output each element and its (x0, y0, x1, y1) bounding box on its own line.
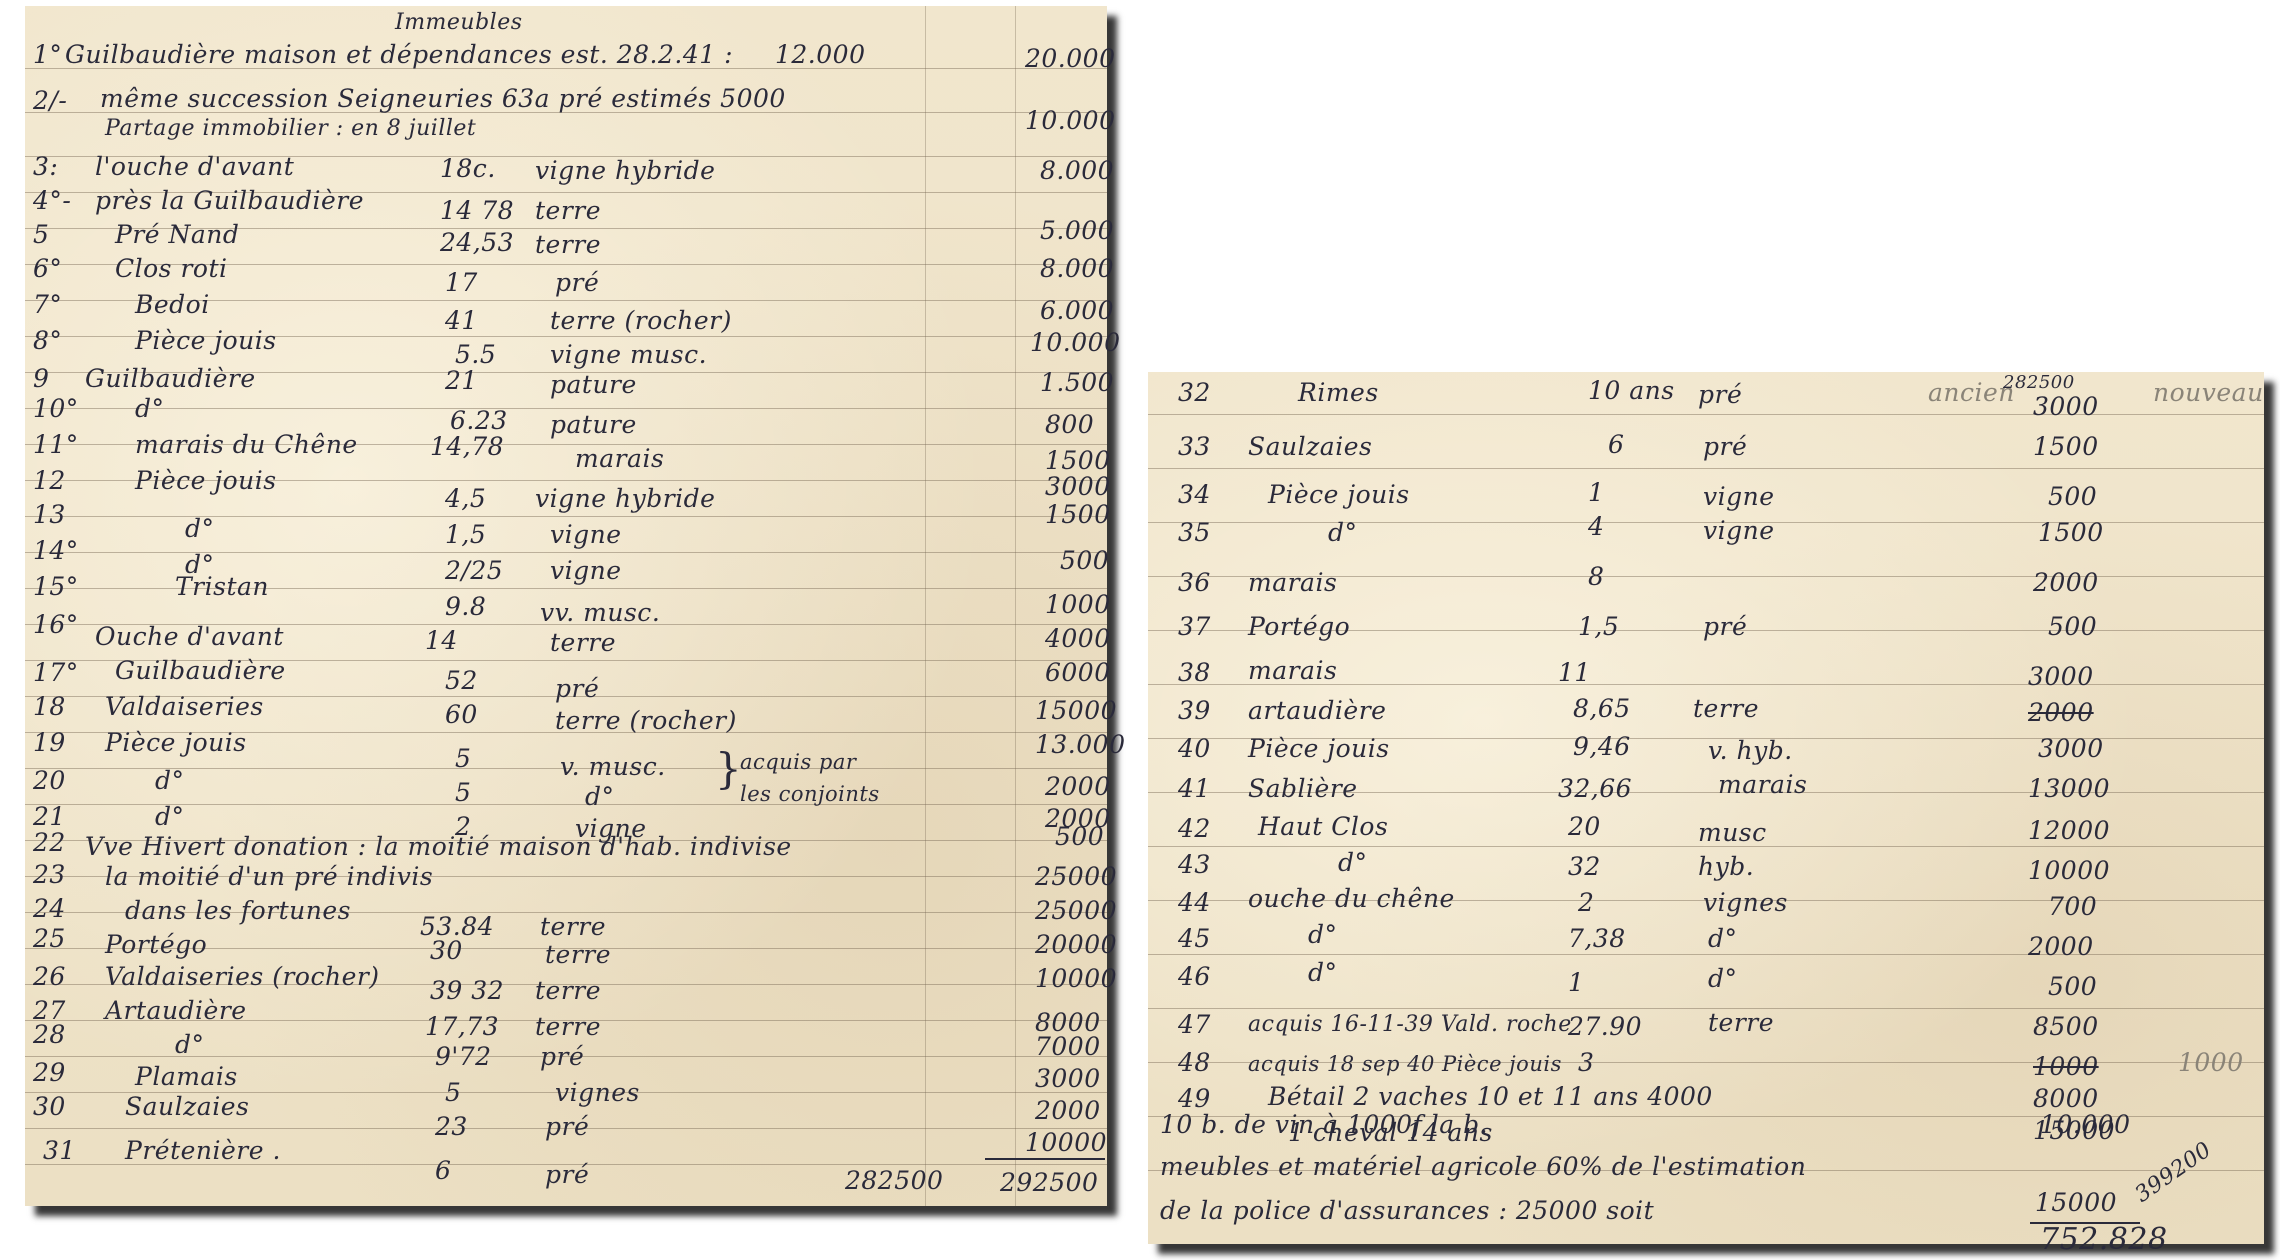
entry-amount: 10000 (1035, 964, 1117, 993)
entry-kind: vv. musc. (540, 598, 660, 627)
entry-amount: 13000 (2028, 774, 2110, 803)
ruled-line (1148, 1008, 2264, 1009)
subtotal: 282500 (845, 1166, 943, 1195)
entry-area: 2/25 (445, 556, 503, 585)
entry-area: 1 (1568, 968, 1584, 997)
entry-kind: musc (1698, 818, 1767, 847)
entry-number: 4°- (33, 186, 71, 215)
entry-name: d° (1338, 848, 1368, 877)
entry-area: 24,53 (440, 228, 514, 257)
entry-number: 32 (1178, 378, 1211, 407)
entry-name: Portégo (105, 930, 207, 959)
entry-number: 22 (33, 828, 66, 857)
entry-number: 36 (1178, 568, 1211, 597)
entry-kind: terre (545, 940, 611, 969)
entry-name: Pièce jouis (105, 728, 247, 757)
entry-name: artaudière (1248, 696, 1386, 725)
entry-name: Vve Hivert donation : la moitié maison d… (85, 832, 792, 861)
entry-number: 34 (1178, 480, 1211, 509)
ledger-page-left: Immeubles 1° Guilbaudière maison et dépe… (25, 6, 1107, 1206)
entry-number: 18 (33, 692, 66, 721)
entry-kind: pré (545, 1160, 589, 1189)
entry-area: 11 (1558, 658, 1591, 687)
entry-name: 10 b. de vin à 1000f la b. (1160, 1110, 1488, 1139)
entry-amount: 500 (2048, 972, 2097, 1001)
column-rule (925, 6, 926, 1206)
entry-amount: 20000 (1035, 930, 1117, 959)
entry-area: 4 (1588, 512, 1604, 541)
entry-name: Pièce jouis (1248, 734, 1390, 763)
entry-number: 49 (1178, 1084, 1211, 1113)
entry-number: 15° (33, 572, 79, 601)
entry-amount: 1500 (1045, 446, 1111, 475)
entry-name: Sablière (1248, 774, 1358, 803)
entry-area: 14 (425, 626, 458, 655)
entry-amount: 3000 (1035, 1064, 1101, 1093)
entry-kind: v. musc. (560, 752, 666, 781)
entry-kind: terre (1693, 694, 1759, 723)
entry-amount: 500 (1055, 822, 1104, 851)
entry-number: 13 (33, 500, 66, 529)
entry-kind: vignes (1703, 888, 1788, 917)
entry-name: d° (155, 766, 185, 795)
entry-area: 9.8 (445, 592, 486, 621)
entry-number: 46 (1178, 962, 1211, 991)
entry-amount: 3000 (2033, 392, 2099, 421)
entry-kind: vignes (555, 1078, 640, 1107)
entry-amount: 6.000 (1040, 296, 1114, 325)
entry-kind: pré (555, 674, 599, 703)
entry-amount: 10.000 (1025, 106, 1115, 135)
entry-kind: pré (1703, 612, 1747, 641)
entry-name: d° (155, 802, 185, 831)
entry-number: 33 (1178, 432, 1211, 461)
entry-kind: pature (550, 370, 637, 399)
entry-name: d° (1328, 518, 1358, 547)
entry-kind: d° (1708, 964, 1738, 993)
entry-name: d° (1308, 958, 1338, 987)
header-old-value: 282500 (2003, 372, 2075, 393)
entry-name: près la Guilbaudière (95, 186, 364, 215)
entry-name: Bedoi (135, 290, 210, 319)
brace-note: acquis par (740, 750, 856, 774)
entry-name: la moitié d'un pré indivis (105, 862, 433, 891)
entry-amount: 3000 (2038, 734, 2104, 763)
entry-number: 43 (1178, 850, 1211, 879)
entry-area: 41 (445, 306, 478, 335)
entry-area: 6.23 (450, 406, 508, 435)
entry-amount: 2000 (2028, 698, 2094, 727)
entry-number: 29 (33, 1058, 66, 1087)
entry-area: 1 (1588, 478, 1604, 507)
entry-number: 19 (33, 728, 66, 757)
entry-area: 39 32 (430, 976, 504, 1005)
entry-kind: terre (535, 1012, 601, 1041)
entry-number: 44 (1178, 888, 1211, 917)
entry-amount: 700 (2048, 892, 2097, 921)
entry-number: 6° (33, 254, 62, 283)
entry-amount: 1500 (1045, 500, 1111, 529)
entry-amount: 1500 (2038, 518, 2104, 547)
ruled-line (25, 408, 1107, 409)
entry-kind: terre (535, 976, 601, 1005)
entry-amount: 5.000 (1040, 216, 1114, 245)
entry-name: marais (1248, 568, 1337, 597)
entry-area: 14 78 (440, 196, 514, 225)
entry-name: d° (135, 394, 165, 423)
entry-kind: terre (535, 196, 601, 225)
page-heading: Immeubles (395, 10, 523, 35)
entry-name: Clos roti (115, 254, 228, 283)
entry-name: Artaudière (105, 996, 247, 1025)
entry-area: 18c. (440, 154, 496, 183)
entry-amount: 3000 (1045, 472, 1111, 501)
entry-amount: 2000 (2033, 568, 2099, 597)
entry-name: Partage immobilier : en 8 juillet (105, 116, 476, 141)
entry-name: dans les fortunes (125, 896, 351, 925)
entry-kind: vigne hybride (535, 156, 715, 185)
entry-amount: 10.000 (2040, 1110, 2130, 1139)
entry-number: 16° (33, 610, 79, 639)
entry-amount: 6000 (1045, 658, 1111, 687)
entry-name: Bétail 2 vaches 10 et 11 ans 4000 (1268, 1082, 1713, 1111)
entry-kind: vigne (550, 520, 622, 549)
entry-area: 23 (435, 1112, 468, 1141)
entry-number: 8° (33, 326, 62, 355)
entry-amount: 8000 (2033, 1084, 2099, 1113)
entry-name: Valdaiseries (rocher) (105, 962, 380, 991)
entry-number: 25 (33, 924, 66, 953)
entry-kind: vigne (1703, 516, 1775, 545)
entry-name: Pièce jouis (135, 326, 277, 355)
entry-area: 7,38 (1568, 924, 1626, 953)
entry-extra: 12.000 (775, 40, 865, 69)
entry-amount: 13.000 (1035, 730, 1125, 759)
ruled-line (1148, 468, 2264, 469)
entry-number: 42 (1178, 814, 1211, 843)
entry-kind: terre (rocher) (550, 306, 732, 335)
entry-area: 8 (1588, 562, 1604, 591)
entry-number: 45 (1178, 924, 1211, 953)
entry-number: 3: (33, 152, 58, 181)
entry-number: 47 (1178, 1010, 1211, 1039)
entry-area: 1,5 (1578, 612, 1619, 641)
entry-number: 5 (33, 220, 49, 249)
brace-note: les conjoints (740, 782, 880, 806)
entry-name: acquis 18 sep 40 Pièce jouis (1248, 1052, 1562, 1076)
entry-area: 21 (445, 366, 478, 395)
entry-name: de la police d'assurances : 25000 soit (1160, 1196, 1654, 1225)
entry-number: 12 (33, 466, 66, 495)
entry-area: 5.5 (455, 340, 496, 369)
entry-amount: 7000 (1035, 1032, 1101, 1061)
entry-name: d° (175, 1030, 205, 1059)
entry-area: 30 (430, 936, 463, 965)
entry-area: 60 (445, 700, 478, 729)
entry-amount: 800 (1045, 410, 1094, 439)
entry-amount: 10000 (2028, 856, 2110, 885)
entry-number: 28 (33, 1020, 66, 1049)
entry-name: Portégo (1248, 612, 1350, 641)
entry-number: 35 (1178, 518, 1211, 547)
entry-number: 14° (33, 536, 79, 565)
sum-underline (985, 1158, 1105, 1160)
entry-name: Guilbaudière (85, 364, 256, 393)
entry-number: 2/- (33, 86, 67, 115)
entry-area: 32,66 (1558, 774, 1632, 803)
entry-kind: terre (540, 912, 606, 941)
entry-area: 5 (445, 1078, 461, 1107)
entry-area: 20 (1568, 812, 1601, 841)
entry-name: Plamais (135, 1062, 238, 1091)
entry-area: 10 ans (1588, 376, 1675, 405)
entry-number: 38 (1178, 658, 1211, 687)
entry-number: 40 (1178, 734, 1211, 763)
entry-area: 4,5 (445, 484, 486, 513)
entry-area: 6 (1608, 430, 1624, 459)
entry-number: 26 (33, 962, 66, 991)
entry-name: Pièce jouis (1268, 480, 1410, 509)
entry-area: 3 (1578, 1048, 1594, 1077)
brace-icon: } (715, 744, 742, 793)
entry-area: 27.90 (1568, 1012, 1642, 1041)
entry-amount: 15000 (1035, 696, 1117, 725)
entry-number: 23 (33, 860, 66, 889)
entry-name: Haut Clos (1258, 812, 1388, 841)
entry-number: 21 (33, 802, 66, 831)
ruled-line (25, 804, 1107, 805)
page-total: 292500 (1000, 1168, 1098, 1197)
entry-name: Saulzaies (125, 1092, 249, 1121)
entry-name: d° (185, 514, 215, 543)
entry-kind: terre (550, 628, 616, 657)
entry-kind: terre (535, 230, 601, 259)
entry-name: Valdaiseries (105, 692, 264, 721)
entry-kind: marais (575, 444, 664, 473)
entry-area: 14,78 (430, 432, 504, 461)
entry-kind: pré (545, 1112, 589, 1141)
entry-amount: 10.000 (1030, 328, 1120, 357)
entry-kind: pré (1703, 432, 1747, 461)
entry-amount: 4000 (1045, 624, 1111, 653)
entry-number: 30 (33, 1092, 66, 1121)
entry-area: 52 (445, 666, 478, 695)
entry-amount: 20.000 (1025, 44, 1115, 73)
column-rule (1015, 6, 1016, 1206)
entry-number: 7° (33, 290, 62, 319)
grand-total: 752.828 (2040, 1222, 2168, 1257)
entry-number: 41 (1178, 774, 1211, 803)
entry-amount: 1.500 (1040, 368, 1114, 397)
entry-amount: 1000 (1045, 590, 1111, 619)
header-old-label: ancien (1928, 378, 2015, 407)
entry-amount: 8.000 (1040, 254, 1114, 283)
entry-amount: 10000 (1025, 1128, 1107, 1157)
entry-name: Saulzaies (1248, 432, 1372, 461)
entry-amount: 25000 (1035, 862, 1117, 891)
entry-amount: 1000 (2033, 1052, 2099, 1081)
entry-area: 6 (435, 1156, 451, 1185)
entry-amount: 500 (2048, 482, 2097, 511)
entry-area: 32 (1568, 852, 1601, 881)
entry-number: 20 (33, 766, 66, 795)
entry-number: 17° (33, 658, 79, 687)
entry-number: 31 (43, 1136, 76, 1165)
entry-area: 9,46 (1573, 732, 1631, 761)
entry-number: 39 (1178, 696, 1211, 725)
entry-name: Guilbaudière maison et dépendances est. … (65, 40, 733, 69)
entry-amount: 2000 (2028, 932, 2094, 961)
entry-amount: 3000 (2028, 662, 2094, 691)
entry-name: Pré Nand (115, 220, 239, 249)
entry-area: 5 (455, 778, 471, 807)
entry-name: l'ouche d'avant (95, 152, 294, 181)
entry-amount-new: 1000 (2178, 1048, 2244, 1077)
entry-name: Pièce jouis (135, 466, 277, 495)
entry-name: marais du Chêne (135, 430, 358, 459)
entry-area: 5 (455, 744, 471, 773)
entry-kind: v. hyb. (1708, 736, 1793, 765)
entry-amount: 8500 (2033, 1012, 2099, 1041)
entry-number: 48 (1178, 1048, 1211, 1077)
entry-area: 2 (1578, 888, 1594, 917)
entry-number: 9 (33, 364, 49, 393)
entry-name: Rimes (1298, 378, 1379, 407)
entry-amount: 2000 (1035, 1096, 1101, 1125)
entry-kind: pré (1698, 380, 1742, 409)
entry-name: ouche du chêne (1248, 884, 1455, 913)
entry-name: Tristan (175, 572, 269, 601)
entry-kind: vigne hybride (535, 484, 715, 513)
entry-area: 1,5 (445, 520, 486, 549)
entry-amount: 2000 (1045, 772, 1111, 801)
entry-name: même succession Seigneuries 63a pré esti… (100, 84, 786, 113)
entry-kind: d° (1708, 924, 1738, 953)
entry-kind: d° (585, 782, 615, 811)
ruled-line (1148, 954, 2264, 955)
entry-number: 10° (33, 394, 79, 423)
entry-name: Ouche d'avant (95, 622, 284, 651)
entry-kind: terre (1708, 1008, 1774, 1037)
entry-amount: 1500 (2033, 432, 2099, 461)
entry-amount: 500 (2048, 612, 2097, 641)
entry-name: acquis 16-11-39 Vald. roche (1248, 1012, 1572, 1037)
entry-number: 11° (33, 430, 79, 459)
entry-name: d° (1308, 920, 1338, 949)
entry-kind: hyb. (1698, 852, 1754, 881)
entry-area: 17 (445, 268, 478, 297)
header-new-label: nouveau (2153, 378, 2264, 407)
entry-kind: vigne (1703, 482, 1775, 511)
entry-number: 24 (33, 894, 66, 923)
entry-kind: terre (rocher) (555, 706, 737, 735)
entry-kind: vigne (550, 556, 622, 585)
entry-kind: pré (540, 1042, 584, 1071)
entry-area: 17,73 (425, 1012, 499, 1041)
entry-area: 8,65 (1573, 694, 1631, 723)
entry-area: 9'72 (435, 1042, 492, 1071)
entry-number: 37 (1178, 612, 1211, 641)
entry-amount: 8.000 (1040, 156, 1114, 185)
entry-name: Guilbaudière (115, 656, 286, 685)
entry-amount: 25000 (1035, 896, 1117, 925)
entry-number: 1° (33, 40, 62, 69)
entry-amount: 500 (1060, 546, 1109, 575)
entry-name: marais (1248, 656, 1337, 685)
entry-kind: pré (555, 268, 599, 297)
entry-kind: pature (550, 410, 637, 439)
entry-amount: 15000 (2035, 1188, 2117, 1217)
entry-kind: vigne musc. (550, 340, 707, 369)
entry-name: meubles et matériel agricole 60% de l'es… (1160, 1152, 1806, 1181)
entry-kind: marais (1718, 770, 1807, 799)
entry-amount: 12000 (2028, 816, 2110, 845)
entry-name: Prétenière . (125, 1136, 281, 1165)
